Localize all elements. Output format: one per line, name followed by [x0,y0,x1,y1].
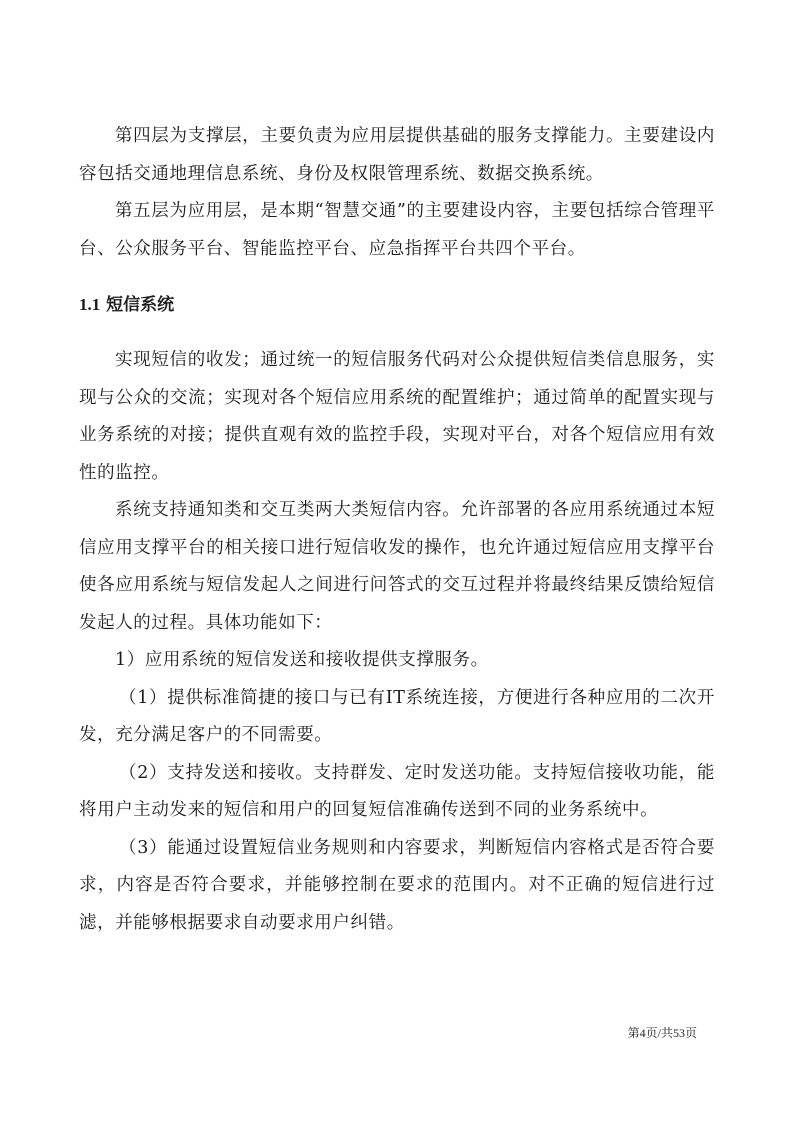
section-number: 1.1 [79,295,100,314]
paragraph-sms-overview: 实现短信的收发；通过统一的短信服务代码对公众提供短信类信息服务，实现与公众的交流… [79,342,715,492]
paragraph-support-layer: 第四层为支撑层，主要负责为应用层提供基础的服务支撑能力。主要建设内容包括交通地理… [79,118,715,193]
section-title: 短信系统 [106,295,174,315]
document-page: 第四层为支撑层，主要负责为应用层提供基础的服务支撑能力。主要建设内容包括交通地理… [0,0,793,1122]
paragraph-application-layer: 第五层为应用层，是本期“智慧交通”的主要建设内容，主要包括综合管理平台、公众服务… [79,193,715,268]
page-number-footer: 第4页/共53页 [628,1024,697,1041]
list-item-2: （2）支持发送和接收。支持群发、定时发送功能。支持短信接收功能，能将用户主动发来… [79,755,715,830]
list-level1-item: 1）应用系统的短信发送和接收提供支撑服务。 [79,642,715,680]
paragraph-sms-types: 系统支持通知类和交互类两大类短信内容。允许部署的各应用系统通过本短信应用支撑平台… [79,492,715,642]
list-item-1: （1）提供标准简捷的接口与已有IT系统连接，方便进行各种应用的二次开发，充分满足… [79,680,715,755]
page-content: 第四层为支撑层，主要负责为应用层提供基础的服务支撑能力。主要建设内容包括交通地理… [79,118,715,942]
section-heading: 1.1 短信系统 [79,290,715,320]
list-item-3: （3）能通过设置短信业务规则和内容要求，判断短信内容格式是否符合要求，内容是否符… [79,830,715,943]
